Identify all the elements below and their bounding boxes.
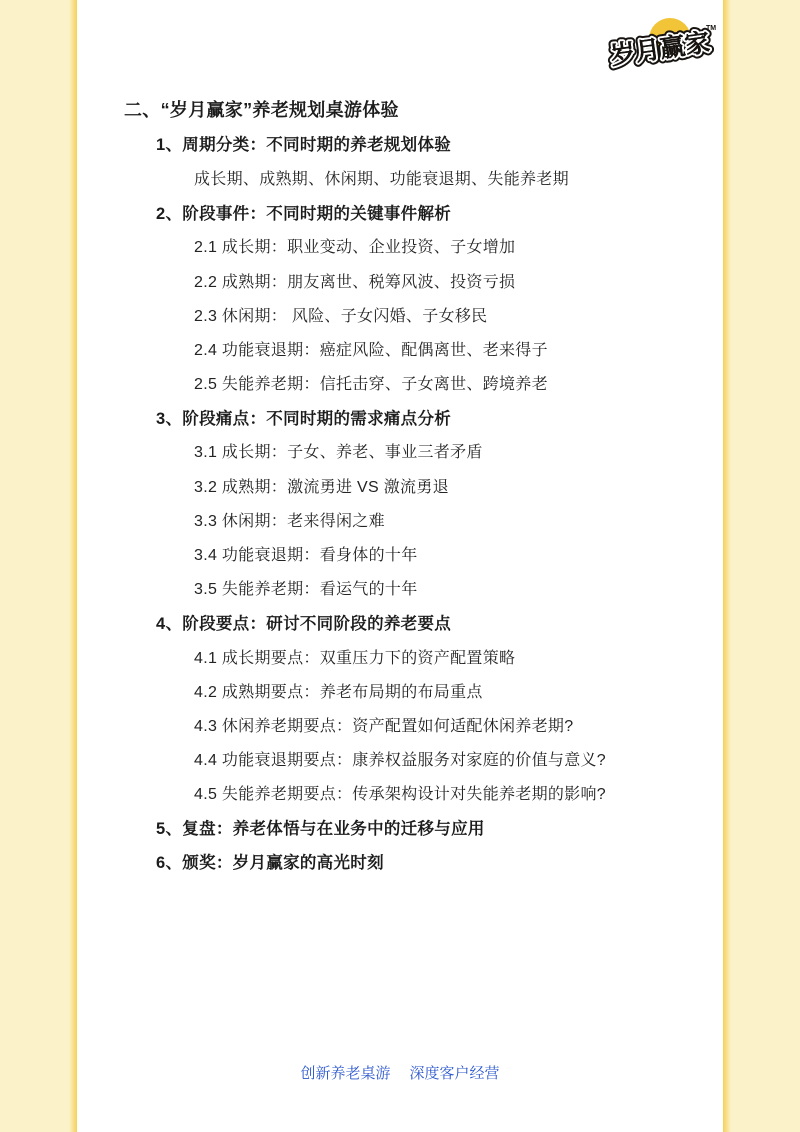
brand-logo-icon: 岁月赢家 岁月赢家 岁月赢家 TM: [606, 14, 718, 74]
outline-section-5: 5、复盘：养老体悟与在业务中的迁移与应用: [77, 810, 723, 844]
outline-item-3-5: 3.5 失能养老期：看运气的十年: [77, 571, 723, 605]
outline-item-2-1: 2.1 成长期：职业变动、企业投资、子女增加: [77, 229, 723, 263]
outline-item-3-4: 3.4 功能衰退期：看身体的十年: [77, 536, 723, 570]
outline-section-2: 2、阶段事件：不同时期的关键事件解析: [77, 195, 723, 229]
right-margin-edge: [723, 0, 731, 1132]
outline-item-3-3: 3.3 休闲期：老来得闲之难: [77, 502, 723, 536]
outline-item-4-5: 4.5 失能养老期要点：传承架构设计对失能养老期的影响?: [77, 776, 723, 810]
outline-item-3-1: 3.1 成长期：子女、养老、事业三者矛盾: [77, 434, 723, 468]
logo-tm-mark: TM: [706, 25, 716, 32]
outline-title: 二、“岁月赢家”养老规划桌游体验: [77, 92, 723, 126]
outline-item-4-2: 4.2 成熟期要点：养老布局期的布局重点: [77, 673, 723, 707]
footer-slogan-right: 深度客户经营: [410, 1062, 500, 1083]
footer-slogan: 创新养老桌游 深度客户经营: [77, 1062, 723, 1083]
outline-item-2-3: 2.3 休闲期： 风险、子女闪婚、子女移民: [77, 297, 723, 331]
outline-item-4-1: 4.1 成长期要点：双重压力下的资产配置策略: [77, 639, 723, 673]
brand-logo: 岁月赢家 岁月赢家 岁月赢家 TM: [606, 14, 718, 74]
outline-item-4-4: 4.4 功能衰退期要点：康养权益服务对家庭的价值与意义?: [77, 742, 723, 776]
outline-item-1-list: 成长期、成熟期、休闲期、功能衰退期、失能养老期: [77, 160, 723, 194]
footer-slogan-left: 创新养老桌游: [300, 1062, 390, 1083]
outline-item-2-2: 2.2 成熟期：朋友离世、税筹风波、投资亏损: [77, 263, 723, 297]
outline-item-3-2: 3.2 成熟期：激流勇进 VS 激流勇退: [77, 468, 723, 502]
outline-section-4: 4、阶段要点：研讨不同阶段的养老要点: [77, 605, 723, 639]
outline-item-2-4: 2.4 功能衰退期：癌症风险、配偶离世、老来得子: [77, 331, 723, 365]
outline-section-6: 6、颁奖：岁月赢家的高光时刻: [77, 844, 723, 878]
document-page: 岁月赢家 岁月赢家 岁月赢家 TM 二、“岁月赢家”养老规划桌游体验 1、周期分…: [77, 0, 723, 1132]
left-margin-edge: [69, 0, 77, 1132]
outline-item-4-3: 4.3 休闲养老期要点：资产配置如何适配休闲养老期?: [77, 707, 723, 741]
outline-item-2-5: 2.5 失能养老期：信托击穿、子女离世、跨境养老: [77, 366, 723, 400]
outline-section-3: 3、阶段痛点：不同时期的需求痛点分析: [77, 400, 723, 434]
outline-section-1: 1、周期分类：不同时期的养老规划体验: [77, 126, 723, 160]
outline-list: 二、“岁月赢家”养老规划桌游体验 1、周期分类：不同时期的养老规划体验 成长期、…: [77, 92, 723, 878]
